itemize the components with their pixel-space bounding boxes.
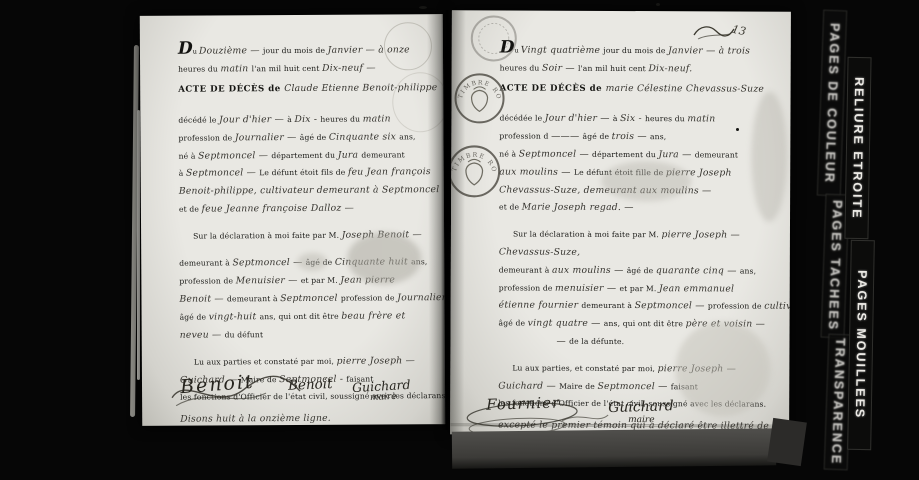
stain — [297, 253, 327, 271]
printed-text: profession d — [499, 132, 551, 141]
printed-text: profession de — [708, 302, 764, 311]
handwritten-text: menuisier — — [555, 282, 619, 293]
text-line: demeurant à aux moulins — âgé de quarant… — [499, 260, 779, 279]
printed-text: et par M. — [619, 284, 659, 293]
text-line: heures du Soir — l'an mil huit cent Dix-… — [500, 58, 780, 77]
printed-text: ans, qui ont dit être — [260, 311, 342, 320]
handwritten-text: Septmoncel — [280, 293, 341, 304]
printed-text: du défunt — [225, 330, 264, 339]
handwritten-text: beau frère et — [341, 310, 405, 321]
printed-text: heures du — [320, 114, 362, 123]
handwritten-text: Menuisier — — [236, 275, 301, 286]
printed-text: demeurant à — [227, 294, 280, 303]
handwritten-text: cultivateur — [764, 301, 791, 312]
text-line: à Septmoncel — Le défunt étoit fils de f… — [179, 163, 437, 182]
handwritten-text: marie Célestine Chevassus-Suze — [606, 83, 765, 95]
handwritten-text: matin — [363, 113, 391, 124]
printed-text: âgé de — [180, 312, 209, 321]
ghost-stamp — [384, 22, 432, 70]
text-line: Benoit-philippe, cultivateur demeurant à… — [179, 180, 437, 199]
handwritten-text: Septmoncel — — [186, 168, 259, 179]
handwritten-text: Septmoncel — — [519, 149, 592, 160]
text-line: Sur la déclaration à moi faite par M. pi… — [499, 225, 779, 244]
printed-text: profession de — [341, 293, 397, 302]
printed-text: âgé de — [583, 132, 612, 141]
handwritten-text: Septmoncel — — [597, 380, 670, 391]
printed-text: Sur la déclaration à moi faite par M. — [513, 230, 662, 240]
archive-scan-photo: { "condition_labels": { "inner_strip": [… — [0, 0, 919, 480]
printed-text: demeurant — [695, 150, 738, 159]
printed-text: décédée le — [499, 114, 544, 123]
printed-text: département du — [271, 150, 337, 159]
stain — [751, 92, 788, 222]
signature-title: maire — [628, 415, 654, 425]
handwritten-text: ——— — [551, 131, 583, 142]
printed-text: heures du — [178, 64, 220, 73]
handwritten-text: Journalier — — [235, 132, 300, 143]
stain — [675, 321, 770, 416]
page-stack-edge — [137, 110, 140, 380]
signature: Guichard — [608, 398, 674, 416]
handwritten-text: Janvier — à trois — [668, 45, 750, 56]
handwritten-text: Dix-neuf — — [322, 62, 376, 73]
condition-label-pages-mouillees: PAGES MOUILLEES — [847, 240, 875, 450]
handwritten-text: Dix - — [294, 114, 320, 125]
printed-text: demeurant à — [179, 258, 232, 267]
handwritten-text: matin — [220, 63, 251, 74]
printed-text: ans, — [650, 132, 666, 141]
handwritten-text: neveu — — [180, 329, 225, 340]
text-line: profession de Journalier — âgé de Cinqua… — [178, 127, 436, 146]
printed-text: département du — [592, 150, 658, 159]
handwritten-text: Jean emmanuel — [659, 283, 734, 294]
printed-text: l'an mil huit cent — [252, 64, 323, 73]
handwritten-text: Soir — — [542, 62, 578, 73]
handwritten-text: Cinquante six — [329, 131, 399, 142]
dust-speck — [736, 128, 739, 131]
handwritten-text: feu Jean françois — [348, 167, 431, 179]
handwritten-text: étienne fournier — [499, 300, 582, 311]
handwritten-text: Septmoncel — — [635, 300, 708, 311]
printed-text: âgé de — [627, 266, 656, 275]
signature-title: maire — [370, 392, 397, 403]
handwritten-text: matin — [687, 114, 715, 125]
printed-text: profession de — [178, 133, 234, 142]
printed-text: né à — [499, 149, 519, 158]
dust-speck — [656, 3, 660, 6]
right-page: Du Vingt quatrième jour du mois de Janvi… — [450, 10, 791, 435]
folio-annotation: 13 — [692, 22, 736, 46]
printed-text: ans, — [740, 266, 756, 275]
printed-text: né à — [179, 151, 199, 160]
handwritten-text: Marie Joseph regad. — — [522, 202, 634, 213]
printed-text: ans, — [399, 132, 415, 141]
printed-text: l'an mil huit cent — [578, 64, 648, 73]
handwritten-text: vingt quatre — — [528, 318, 604, 329]
printed-text: décédé le — [178, 115, 219, 124]
printed-text: profession de — [179, 276, 235, 285]
stain — [601, 161, 691, 201]
printed-text: Maire de — [559, 381, 597, 390]
handwritten-text: trois — — [612, 131, 650, 142]
handwritten-text: Jour d'hier — — [219, 114, 287, 125]
printed-text: ACTE DE DÉCÈS de — [500, 83, 606, 93]
handwritten-text: Vingt quatrième — [521, 45, 604, 56]
handwritten-text: Journalier — [397, 292, 445, 303]
book-cover-corner — [767, 418, 807, 466]
handwritten-text: quarante cinq — — [656, 265, 740, 276]
printed-text: demeurant à — [499, 265, 552, 274]
handwritten-text: Jura — — [658, 149, 694, 160]
printed-text: à — [613, 114, 620, 123]
dust-speck — [419, 6, 427, 9]
handwritten-text: feue Jeanne françoise Dalloz — — [202, 203, 355, 215]
handwritten-text: Jour d'hier — — [545, 113, 613, 124]
folio-number: 13 — [731, 23, 747, 39]
printed-text: Sur la déclaration à moi faite par M. — [193, 231, 342, 241]
handwritten-text: vingt-huit — [209, 311, 260, 322]
text-line: âgé de vingt-huit ans, qui ont dit être … — [180, 306, 438, 325]
text-line: Chevassus-Suze, — [499, 242, 779, 261]
handwritten-text: Dix-neuf. — [648, 63, 692, 74]
text-line: étienne fournier demeurant à Septmoncel … — [499, 296, 779, 315]
handwritten-text: aux moulins — — [552, 264, 627, 275]
printed-text: heures du — [500, 63, 542, 72]
handwritten-text: Jura — [338, 149, 362, 160]
handwritten-text: Guichard — — [498, 380, 559, 391]
printed-text: ans, qui ont dit être — [604, 319, 686, 328]
printed-text: profession de — [499, 283, 555, 292]
printed-text: Lu aux parties, et constaté par moi, — [512, 363, 657, 373]
handwritten-text: Benoit — — [179, 293, 227, 304]
printed-text: et de — [499, 203, 522, 212]
text-line: neveu — du défunt — [180, 324, 438, 343]
printed-text: demeurant à — [581, 301, 634, 310]
printed-text: et par M. — [301, 276, 341, 285]
handwritten-text: aux moulins — — [499, 166, 574, 177]
handwritten-text: pierre Joseph — — [662, 229, 740, 240]
handwritten-text: Septmoncel — — [232, 257, 305, 268]
printed-text: jour du mois de — [603, 46, 668, 55]
text-line: né à Septmoncel — département du Jura de… — [179, 145, 437, 164]
handwritten-text: Benoit-philippe, cultivateur demeurant à… — [179, 184, 440, 197]
ghost-stamp — [392, 72, 445, 132]
printed-text: et de — [179, 205, 202, 214]
printed-text: D — [178, 39, 193, 59]
circular-stamp — [470, 14, 518, 62]
handwritten-text: Chevassus-Suze, — [499, 246, 580, 257]
printed-text: âgé de — [300, 132, 329, 141]
book-cover-edge — [452, 428, 776, 468]
text-line: et de feue Jeanne françoise Dalloz — — [179, 198, 437, 217]
handwritten-text: Douzième — — [199, 45, 263, 56]
folio-flourish — [692, 22, 736, 42]
printed-text: âgé de — [499, 319, 528, 328]
printed-text: de la défunte. — [569, 337, 624, 346]
stain — [347, 232, 421, 284]
text-line: Du Vingt quatrième jour du mois de Janvi… — [500, 40, 780, 59]
timbre-royal-stamp: TIMBRE ROYAL — [450, 144, 501, 198]
printed-text: Lu aux parties et constaté par moi, — [194, 356, 337, 366]
left-page: Du Douzième — jour du mois de Janvier — … — [140, 14, 445, 426]
text-line: ACTE DE DÉCÈS de marie Célestine Chevass… — [500, 78, 780, 97]
printed-text: demeurant — [361, 150, 404, 159]
text-line: profession de menuisier — et par M. Jean… — [499, 278, 779, 297]
text-line: Benoit — demeurant à Septmoncel professi… — [179, 288, 437, 307]
handwritten-text: — — [556, 336, 569, 347]
condition-label-pages-de-couleur: PAGES DE COULEUR — [817, 10, 847, 197]
printed-text: à — [287, 115, 294, 124]
printed-text: ACTE DE DÉCÈS de — [178, 84, 284, 95]
signature: Benoit — [288, 376, 333, 394]
printed-text: jour du mois de — [263, 46, 328, 55]
text-line: décédée le Jour d'hier — à Six - heures … — [499, 109, 779, 128]
condition-label-reliure-etroite: RELIURE ETROITE — [844, 57, 871, 239]
handwritten-text: Six - — [620, 113, 645, 124]
printed-text: heures du — [645, 114, 687, 123]
timbre-royal-stamp: TIMBRE ROYAL — [453, 72, 505, 124]
handwritten-text: Septmoncel — — [198, 150, 271, 161]
printed-text: Le défunt étoit fils de — [259, 168, 348, 178]
handwritten-text: pierre Joseph — — [337, 355, 415, 366]
